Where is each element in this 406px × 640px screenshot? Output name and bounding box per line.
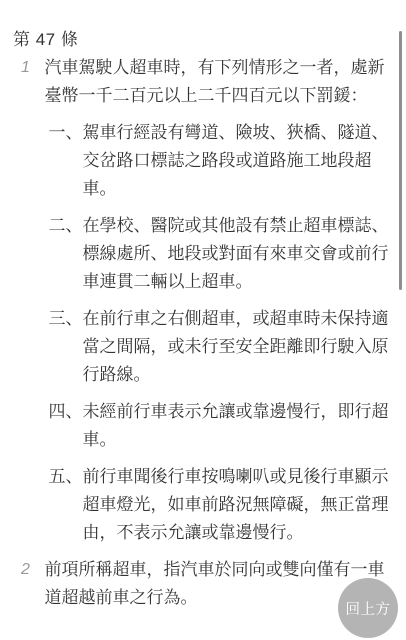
paragraph-number: 1 [13, 54, 45, 82]
text-line: 前行車聞後行車按鳴喇叭或見後行車顯示 [83, 463, 390, 491]
paragraph-body: 汽車駕駛人超車時，有下列情形之一者，處新臺幣一千二百元以上二千四百元以下罰鍰：一… [45, 54, 390, 547]
text-line: 前項所稱超車，指汽車於同向或雙向僅有一車 [45, 556, 390, 584]
text-line: 在學校、醫院或其他設有禁止超車標誌、 [83, 212, 390, 240]
list-item-text: 在學校、醫院或其他設有禁止超車標誌、標線處所、地段或對面有來車交會或前行車連貫二… [83, 212, 390, 296]
paragraph: 1汽車駕駛人超車時，有下列情形之一者，處新臺幣一千二百元以上二千四百元以下罰鍰：… [13, 54, 389, 547]
article-content: 第 47 條 1汽車駕駛人超車時，有下列情形之一者，處新臺幣一千二百元以上二千四… [0, 0, 406, 612]
text-line: 車連貫二輛以上超車。 [83, 268, 390, 296]
back-to-top-button[interactable]: 回上方 [338, 578, 398, 638]
list-item-text: 未經前行車表示允讓或靠邊慢行，即行超車。 [83, 398, 390, 454]
text-line: 在前行車之右側超車，或超車時未保持適 [83, 305, 390, 333]
text-line: 車。 [83, 426, 390, 454]
text-line: 汽車駕駛人超車時，有下列情形之一者，處新 [45, 54, 390, 82]
article-body: 1汽車駕駛人超車時，有下列情形之一者，處新臺幣一千二百元以上二千四百元以下罰鍰：… [13, 54, 389, 612]
list-item-text: 駕車行經設有彎道、險坡、狹橋、隧道、交岔路口標誌之路段或道路施工地段超車。 [83, 119, 390, 203]
text-line: 行路線。 [83, 361, 390, 389]
list-item: 四、未經前行車表示允讓或靠邊慢行，即行超車。 [45, 398, 390, 454]
list-item: 三、在前行車之右側超車，或超車時未保持適當之間隔，或未行至安全距離即行駛入原行路… [45, 305, 390, 389]
text-line: 由，不表示允讓或靠邊慢行。 [83, 519, 390, 547]
article-heading: 第 47 條 [13, 26, 389, 54]
text-line: 交岔路口標誌之路段或道路施工地段超 [83, 147, 390, 175]
text-line: 臺幣一千二百元以上二千四百元以下罰鍰： [45, 82, 390, 110]
text-line: 超車燈光，如車前路況無障礙，無正當理 [83, 491, 390, 519]
paragraph: 2前項所稱超車，指汽車於同向或雙向僅有一車道超越前車之行為。 [13, 556, 389, 612]
list-item: 二、在學校、醫院或其他設有禁止超車標誌、標線處所、地段或對面有來車交會或前行車連… [45, 212, 390, 296]
list-item-text: 在前行車之右側超車，或超車時未保持適當之間隔，或未行至安全距離即行駛入原行路線。 [83, 305, 390, 389]
list-item-label: 三、 [49, 305, 83, 333]
scrollbar-thumb[interactable] [399, 31, 402, 290]
list-item-label: 一、 [49, 119, 83, 147]
paragraph-number: 2 [13, 556, 45, 584]
text-line: 車。 [83, 175, 390, 203]
list-item-label: 四、 [49, 398, 83, 426]
text-line: 未經前行車表示允讓或靠邊慢行，即行超 [83, 398, 390, 426]
list-item-text: 前行車聞後行車按鳴喇叭或見後行車顯示超車燈光，如車前路況無障礙，無正當理由，不表… [83, 463, 390, 547]
text-line: 駕車行經設有彎道、險坡、狹橋、隧道、 [83, 119, 390, 147]
list-item-label: 五、 [49, 463, 83, 491]
list-item: 一、駕車行經設有彎道、險坡、狹橋、隧道、交岔路口標誌之路段或道路施工地段超車。 [45, 119, 390, 203]
list-item-label: 二、 [49, 212, 83, 240]
text-line: 標線處所、地段或對面有來車交會或前行 [83, 240, 390, 268]
text-line: 當之間隔，或未行至安全距離即行駛入原 [83, 333, 390, 361]
list-item: 五、前行車聞後行車按鳴喇叭或見後行車顯示超車燈光，如車前路況無障礙，無正當理由，… [45, 463, 390, 547]
